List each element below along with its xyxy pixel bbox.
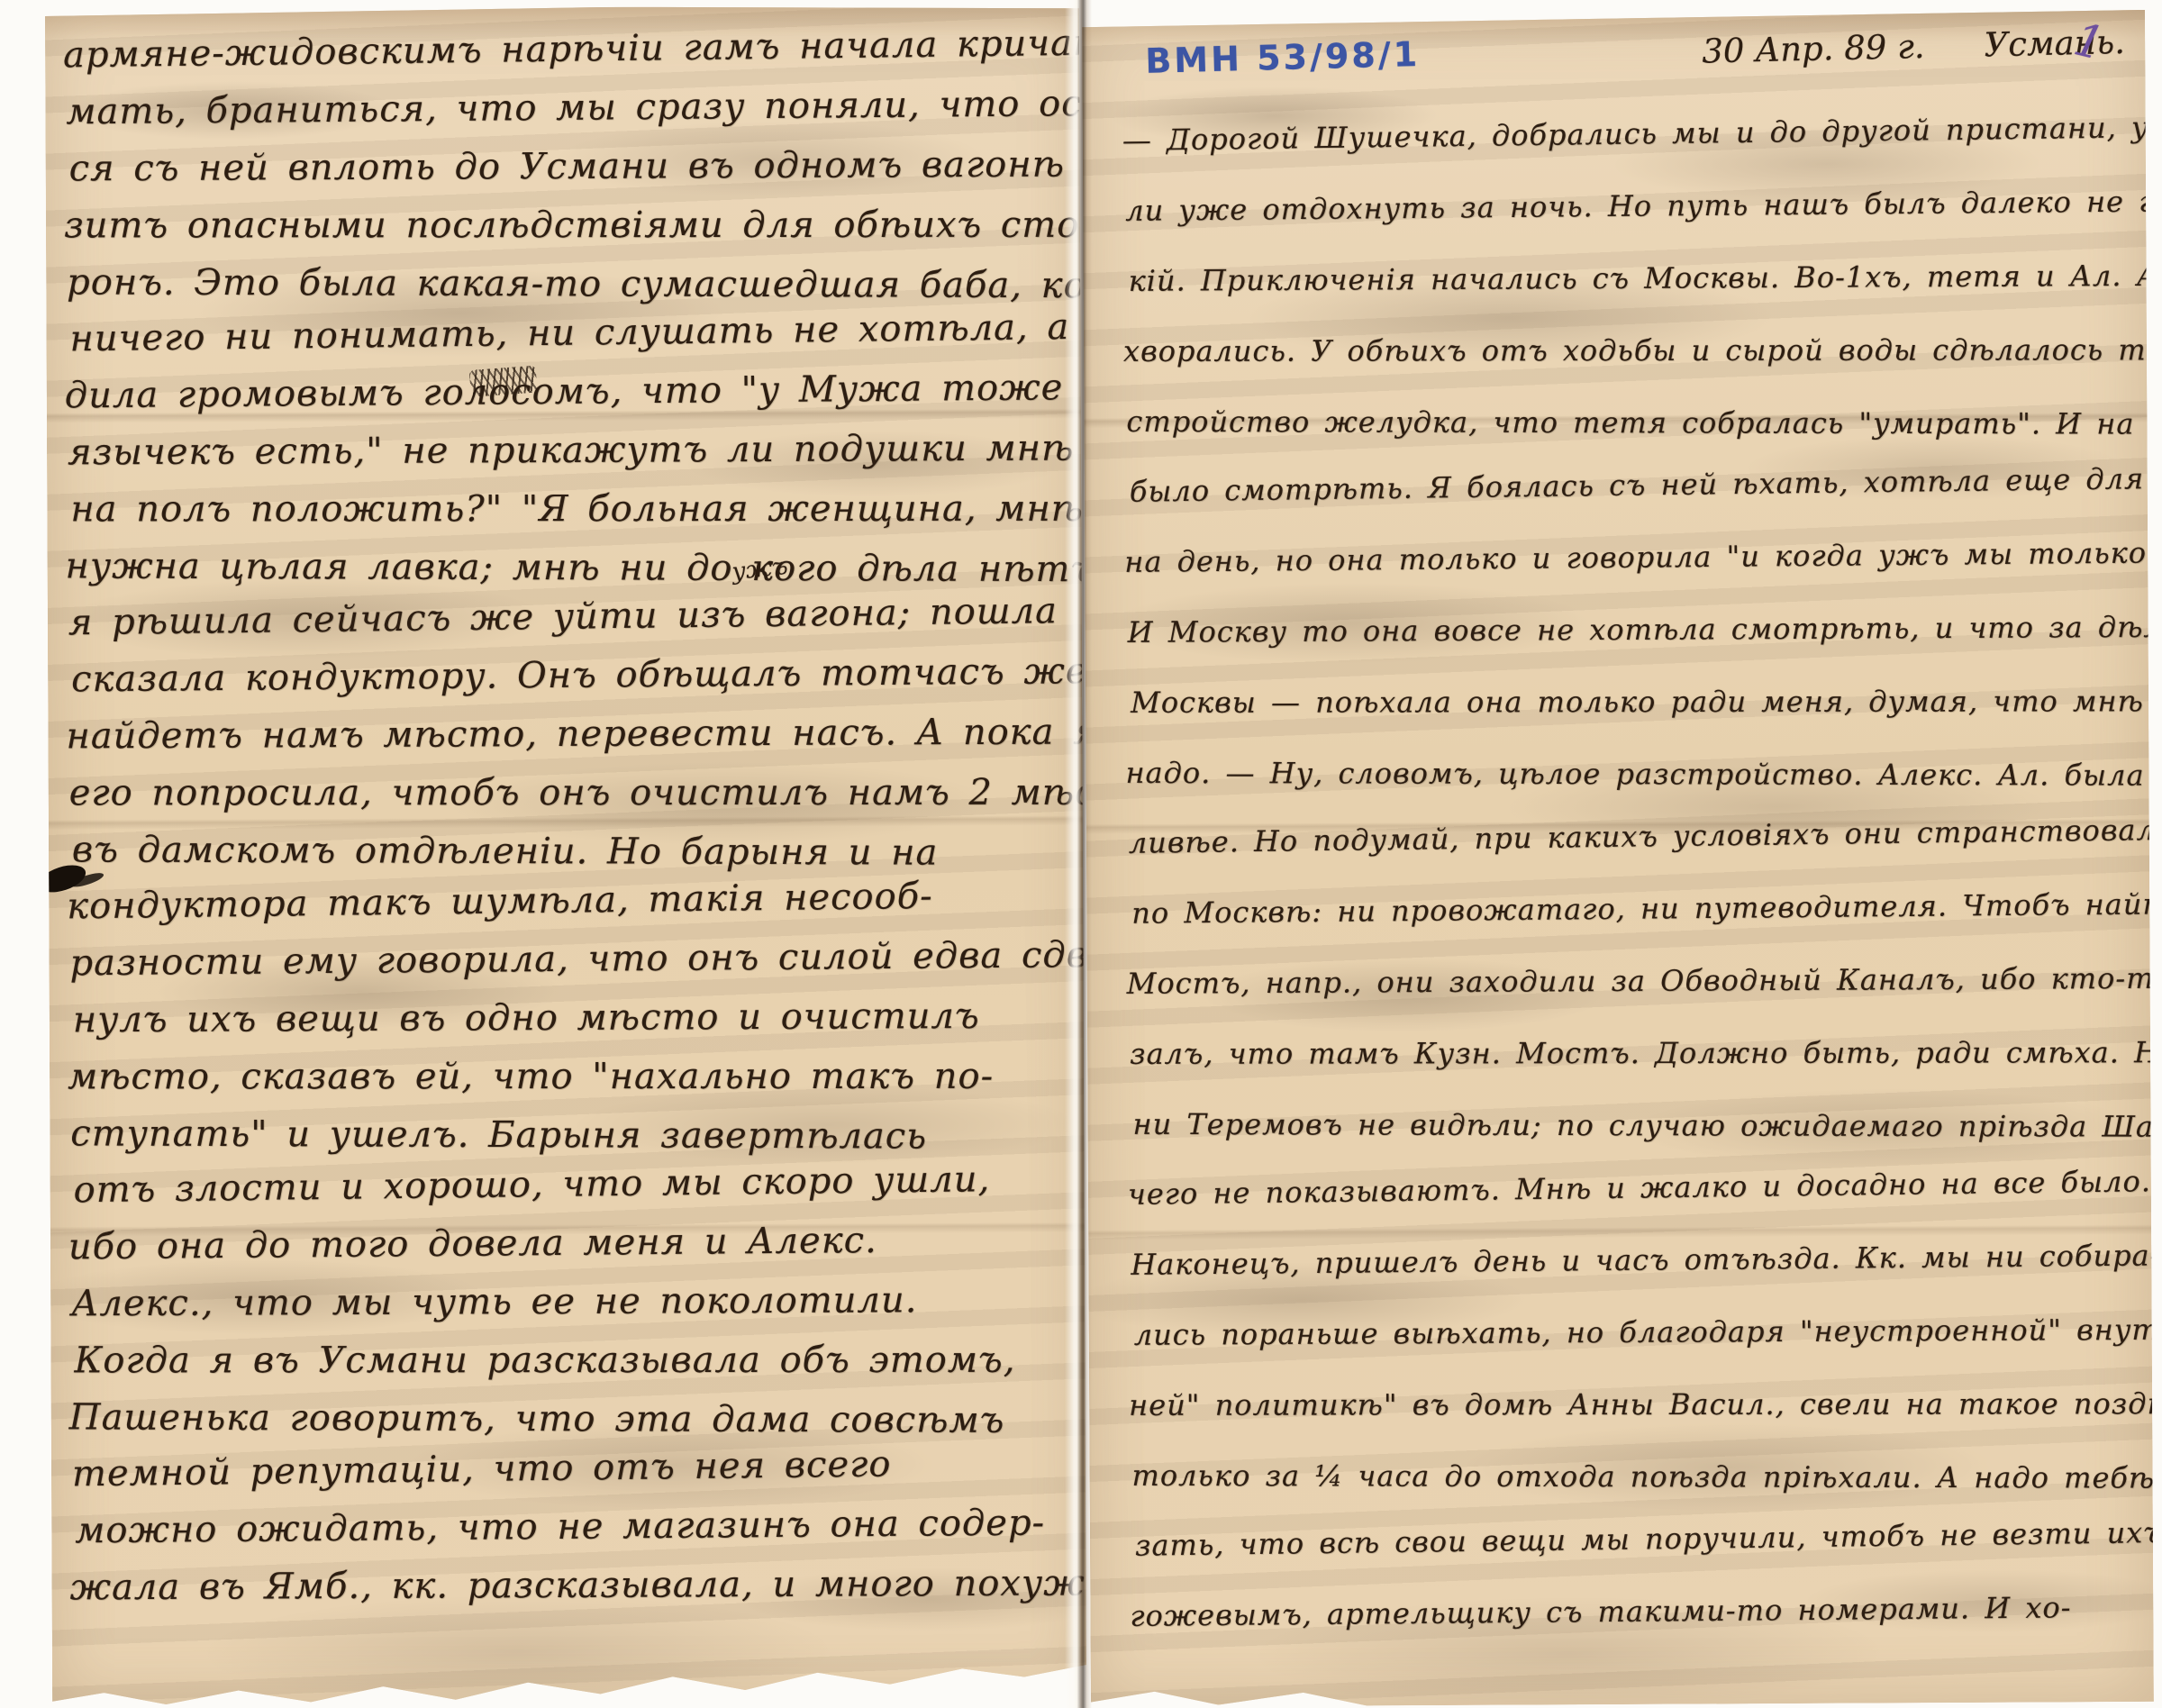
handwritten-line: чего не показываютъ. Мнѣ и жалко и досад… [1127,1146,2148,1230]
scanned-letter: { "document": { "kind": "handwritten let… [0,0,2162,1708]
handwritten-line: хворались. У обѣихъ отъ ходьбы и сырой в… [1123,314,2143,386]
handwritten-line: И Москву то она вовсе не хотѣла смотрѣть… [1127,592,2147,668]
handwritten-line: зать, что всѣ свои вещи мы поручили, что… [1134,1497,2153,1581]
handwritten-line: ся съ ней вплоть до Усмани въ одномъ ваг… [69,137,1080,198]
letter-left-page: армяне-жидовскимъ нарѣчіи гамъ начала кр… [45,5,1086,1705]
handwritten-line: кондуктора такъ шумѣла, такія несооб- [67,867,1078,936]
handwritten-line: найдетъ намъ мѣсто, перевести насъ. А по… [66,704,1076,766]
left-page-text: армяне-жидовскимъ нарѣчіи гамъ начала кр… [45,5,1086,1705]
handwritten-line: Наконецъ, пришелъ день и часъ отъѣзда. К… [1131,1221,2151,1300]
handwritten-line: Москвы — поѣхала она только ради меня, д… [1131,666,2150,738]
handwritten-line: отъ злости и хорошо, что мы скоро ушли, [73,1150,1085,1220]
crossed-out-word [469,366,538,397]
handwritten-line: его попросила, чтобъ онъ очистилъ намъ 2… [69,765,1080,822]
handwritten-line: мать, браниться, что мы сразу поняли, чт… [66,76,1076,141]
handwritten-line: мѣсто, сказавъ ей, что "нахально такъ по… [68,1049,1078,1106]
handwritten-line: было смотрѣть. Я боялась съ ней ѣхать, х… [1129,443,2149,527]
handwritten-line: язычекъ есть," не прикажутъ ли подушки м… [68,421,1078,482]
handwritten-line: можно ожидать, что не магазинъ она содер… [75,1494,1086,1559]
handwritten-line: армяне-жидовскимъ нарѣчіи гамъ начала кр… [63,15,1075,85]
handwritten-line: по Москвѣ: ни провожатаго, ни путеводите… [1131,869,2152,949]
handwritten-line: лись пораньше выѣхать, но благодаря "неу… [1134,1295,2154,1370]
handwritten-line: Когда я въ Усмани разсказывала объ этомъ… [74,1332,1085,1390]
handwritten-line: жала въ Ямб., кк. разсказывала, и много … [69,1556,1080,1617]
handwritten-line: кій. Приключенія начались съ Москвы. Во-… [1128,241,2148,316]
handwritten-line: залъ, что тамъ Кузн. Мостъ. Должно быть,… [1130,1017,2149,1089]
handwritten-line: зитъ опасными послѣдствіями для обѣихъ с… [64,197,1075,255]
handwritten-line: темной репутаціи, что отъ нея всего [72,1434,1084,1504]
handwritten-line: я рѣшила сейчасъ же уйти изъ вагона; пош… [68,583,1079,652]
handwritten-line: на день, но она только и говорила "и ког… [1124,518,2145,597]
handwritten-line: ибо она до того довела меня и Алекс. [68,1211,1079,1276]
handwritten-line: дила громовымъ голосомъ, что "у Мужа тож… [65,359,1076,424]
handwritten-line: сказала кондуктору. Онъ обѣщалъ тотчасъ … [71,643,1082,708]
handwritten-line: ничего ни понимать, ни слушать не хотѣла… [69,299,1081,368]
right-page-text: — Дорогой Шушечка, добрались мы и до дру… [1082,10,2154,1707]
handwritten-line: ливѣе. Но подумай, при какихъ условіяхъ … [1128,795,2148,878]
page-fold [1065,0,1092,1708]
handwritten-line: — Дорогой Шушечка, добрались мы и до дру… [1122,92,2142,176]
handwritten-line: нулъ ихъ вещи въ одно мѣсто и очистилъ [73,987,1084,1049]
handwritten-line: Мостъ, напр., они заходили за Обводный К… [1127,943,2147,1019]
handwritten-line: ней" политикѣ" въ домѣ Анны Васил., свел… [1129,1368,2148,1440]
handwritten-line: на полъ положить?" "Я больная женщина, м… [70,481,1081,539]
handwritten-line: разности ему говорила, что онъ силой едв… [69,927,1080,992]
handwritten-line: гожевымъ, артельщику съ такими-то номера… [1130,1572,2150,1651]
handwritten-line: ли уже отдохнуть за ночь. Но путь нашъ б… [1125,167,2146,246]
handwritten-line: Алекс., что мы чуть ее не поколотили. [71,1272,1082,1333]
letter-right-page: ВМН 53/98/1 30 Апр. 89 г. Усмань. 1 — До… [1082,10,2154,1707]
